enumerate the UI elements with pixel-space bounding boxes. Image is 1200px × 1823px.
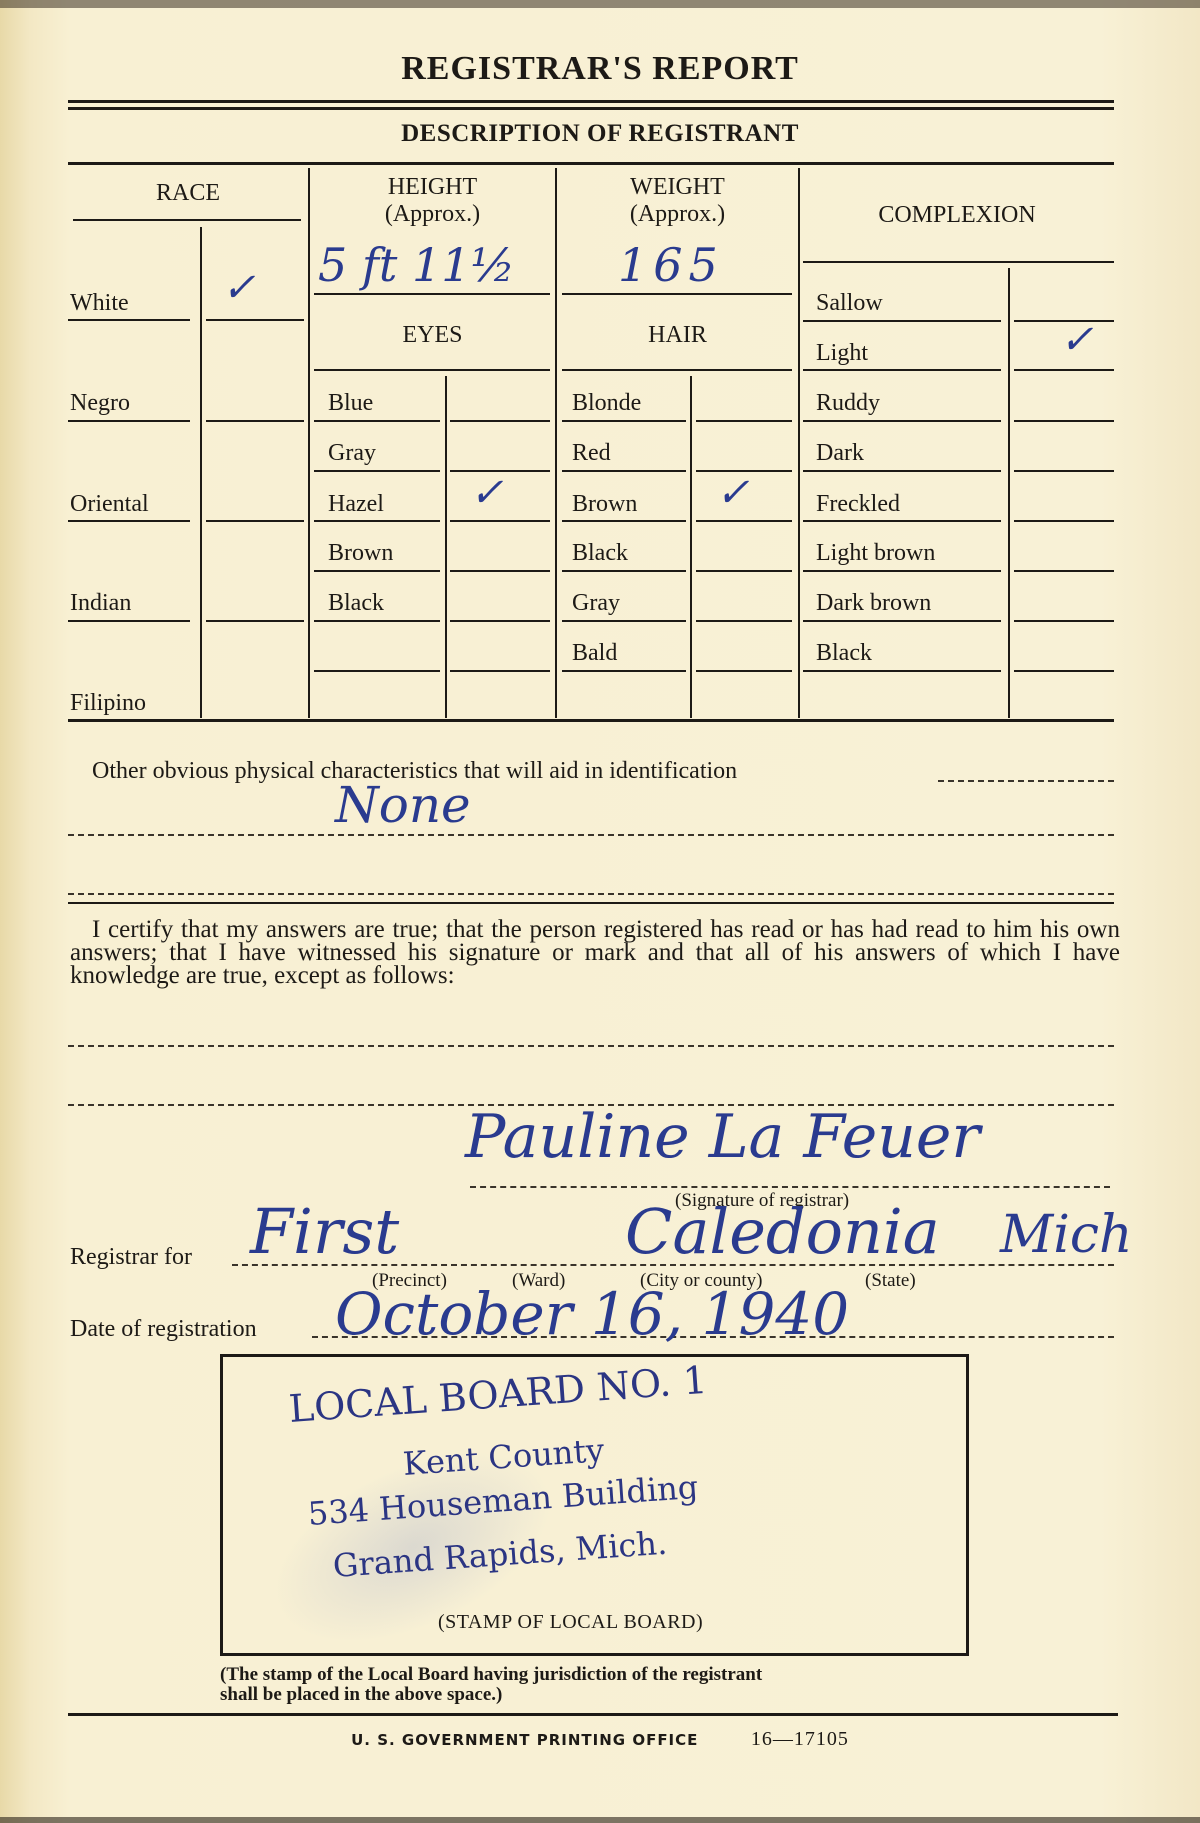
- row-rule: [562, 470, 686, 472]
- table-top-rule: [68, 162, 1114, 165]
- complexion-sallow: Sallow: [816, 290, 883, 317]
- eyes-brown: Brown: [328, 540, 393, 567]
- complexion-header-rule: [803, 261, 1114, 263]
- row-rule: [450, 570, 550, 572]
- row-rule: [1014, 369, 1114, 371]
- eyes-header: EYES: [310, 322, 555, 349]
- row-rule: [1014, 470, 1114, 472]
- hair-blonde: Blonde: [572, 390, 641, 417]
- row-rule: [1014, 320, 1114, 322]
- row-rule: [696, 520, 792, 522]
- row-rule: [68, 319, 190, 321]
- row-rule: [206, 319, 304, 321]
- race-header-rule: [73, 219, 301, 221]
- form-number: 16—17105: [751, 1728, 849, 1750]
- complexion-header: COMPLEXION: [800, 202, 1114, 229]
- row-rule: [562, 620, 686, 622]
- height-header-label: HEIGHT: [310, 174, 555, 201]
- weight-header: WEIGHT (Approx.): [557, 174, 798, 228]
- signature-line: [470, 1186, 1110, 1188]
- row-rule: [562, 670, 686, 672]
- hair-brown-check: ✓: [716, 473, 750, 513]
- other-characteristics-value: None: [335, 776, 471, 834]
- row-rule: [696, 570, 792, 572]
- complexion-light-brown: Light brown: [816, 540, 935, 567]
- hair-black: Black: [572, 540, 628, 567]
- complexion-dark: Dark: [816, 440, 864, 467]
- printer-name: U. S. GOVERNMENT PRINTING OFFICE: [351, 1731, 698, 1749]
- local-board-stamp-box: LOCAL BOARD NO. 1 Kent County 534 Housem…: [220, 1354, 969, 1656]
- other-characteristics-line-2: [68, 893, 1114, 895]
- section-rule: [68, 902, 1114, 904]
- row-rule: [803, 570, 1001, 572]
- row-rule: [1014, 620, 1114, 622]
- row-rule: [314, 520, 440, 522]
- complexion-black: Black: [816, 640, 872, 667]
- eyes-hazel-check: ✓: [470, 473, 504, 513]
- row-rule: [696, 420, 792, 422]
- row-rule: [1014, 520, 1114, 522]
- hair-header-rule: [562, 369, 792, 371]
- col-divider-race: [308, 168, 310, 718]
- row-rule: [314, 470, 440, 472]
- row-rule: [803, 520, 1001, 522]
- row-rule: [803, 369, 1001, 371]
- state-caption: (State): [865, 1270, 916, 1292]
- race-indian: Indian: [70, 590, 131, 617]
- row-rule: [68, 420, 190, 422]
- date-of-registration-value: October 16, 1940: [335, 1280, 849, 1348]
- row-rule: [450, 520, 550, 522]
- eyes-gray: Gray: [328, 440, 376, 467]
- eyes-hazel: Hazel: [328, 491, 384, 518]
- row-rule: [696, 670, 792, 672]
- title-rule-1: [68, 100, 1114, 103]
- hair-bald: Bald: [572, 640, 617, 667]
- race-negro: Negro: [70, 390, 130, 417]
- row-rule: [206, 520, 304, 522]
- height-header: HEIGHT (Approx.): [310, 174, 555, 228]
- eyes-black: Black: [328, 590, 384, 617]
- registrar-for-label: Registrar for: [70, 1244, 192, 1271]
- title-rule-2: [68, 107, 1114, 110]
- hair-red: Red: [572, 440, 611, 467]
- col-divider-weight: [798, 168, 800, 718]
- weight-value-rule: [562, 293, 792, 295]
- eyes-header-rule: [314, 369, 550, 371]
- row-rule: [450, 670, 550, 672]
- col-divider-height: [555, 168, 557, 718]
- row-rule: [562, 420, 686, 422]
- row-rule: [314, 570, 440, 572]
- row-rule: [696, 620, 792, 622]
- complexion-light-check: ✓: [1060, 320, 1094, 360]
- registrar-state: Mich: [1000, 1205, 1133, 1265]
- height-header-sub: (Approx.): [310, 201, 555, 228]
- row-rule: [562, 520, 686, 522]
- report-title: REGISTRAR'S REPORT: [0, 50, 1200, 88]
- complexion-light: Light: [816, 340, 868, 367]
- paper-top-edge: [0, 0, 1200, 8]
- row-rule: [314, 420, 440, 422]
- row-rule: [68, 620, 190, 622]
- row-rule: [803, 470, 1001, 472]
- date-of-registration-label: Date of registration: [70, 1316, 257, 1343]
- race-filipino: Filipino: [70, 690, 146, 717]
- registrar-precinct: First: [250, 1195, 399, 1268]
- complexion-freckled: Freckled: [816, 491, 900, 518]
- row-rule: [450, 470, 550, 472]
- weight-header-sub: (Approx.): [557, 201, 798, 228]
- height-value-rule: [314, 293, 550, 295]
- race-oriental: Oriental: [70, 491, 149, 518]
- row-rule: [206, 420, 304, 422]
- hair-gray: Gray: [572, 590, 620, 617]
- stamp-note-line-1: (The stamp of the Local Board having jur…: [220, 1664, 762, 1686]
- row-rule: [314, 620, 440, 622]
- row-rule: [803, 420, 1001, 422]
- row-rule: [696, 470, 792, 472]
- row-rule: [450, 420, 550, 422]
- row-rule: [68, 520, 190, 522]
- table-bottom-rule: [68, 719, 1114, 722]
- printer-footer: U. S. GOVERNMENT PRINTING OFFICE 16—1710…: [0, 1728, 1200, 1751]
- row-rule: [314, 670, 440, 672]
- row-rule: [450, 620, 550, 622]
- row-rule: [1014, 420, 1114, 422]
- stamp-caption: (STAMP OF LOCAL BOARD): [438, 1611, 703, 1634]
- complexion-check-divider: [1008, 268, 1010, 718]
- row-rule: [562, 570, 686, 572]
- race-header: RACE: [68, 180, 308, 207]
- row-rule: [803, 670, 1001, 672]
- race-white-check: ✓: [222, 268, 256, 308]
- height-value: 5 ft 11½: [318, 238, 515, 292]
- weight-header-label: WEIGHT: [557, 174, 798, 201]
- certification-text: I certify that my answers are true; that…: [70, 918, 1120, 987]
- exceptions-line-1: [68, 1045, 1114, 1047]
- complexion-dark-brown: Dark brown: [816, 590, 931, 617]
- eyes-check-divider: [445, 376, 447, 718]
- footer-rule: [68, 1713, 1118, 1716]
- complexion-ruddy: Ruddy: [816, 390, 880, 417]
- other-characteristics-leader: [938, 780, 1114, 782]
- hair-header: HAIR: [557, 322, 798, 349]
- race-white: White: [70, 290, 129, 317]
- paper-bottom-edge: [0, 1817, 1200, 1823]
- section-title: DESCRIPTION OF REGISTRANT: [0, 120, 1200, 148]
- registrar-signature: Pauline La Feuer: [465, 1102, 980, 1172]
- other-characteristics-line-1: [68, 834, 1114, 836]
- row-rule: [803, 320, 1001, 322]
- hair-brown: Brown: [572, 491, 637, 518]
- weight-value: 165: [618, 238, 724, 292]
- row-rule: [206, 620, 304, 622]
- eyes-blue: Blue: [328, 390, 373, 417]
- row-rule: [1014, 670, 1114, 672]
- race-check-divider: [200, 227, 202, 718]
- hair-check-divider: [690, 376, 692, 718]
- row-rule: [803, 620, 1001, 622]
- stamp-line-county: Kent County: [402, 1431, 606, 1483]
- registrar-city: Caledonia: [625, 1195, 940, 1268]
- stamp-line-board: LOCAL BOARD NO. 1: [287, 1358, 708, 1431]
- stamp-note-line-2: shall be placed in the above space.): [220, 1684, 502, 1706]
- row-rule: [1014, 570, 1114, 572]
